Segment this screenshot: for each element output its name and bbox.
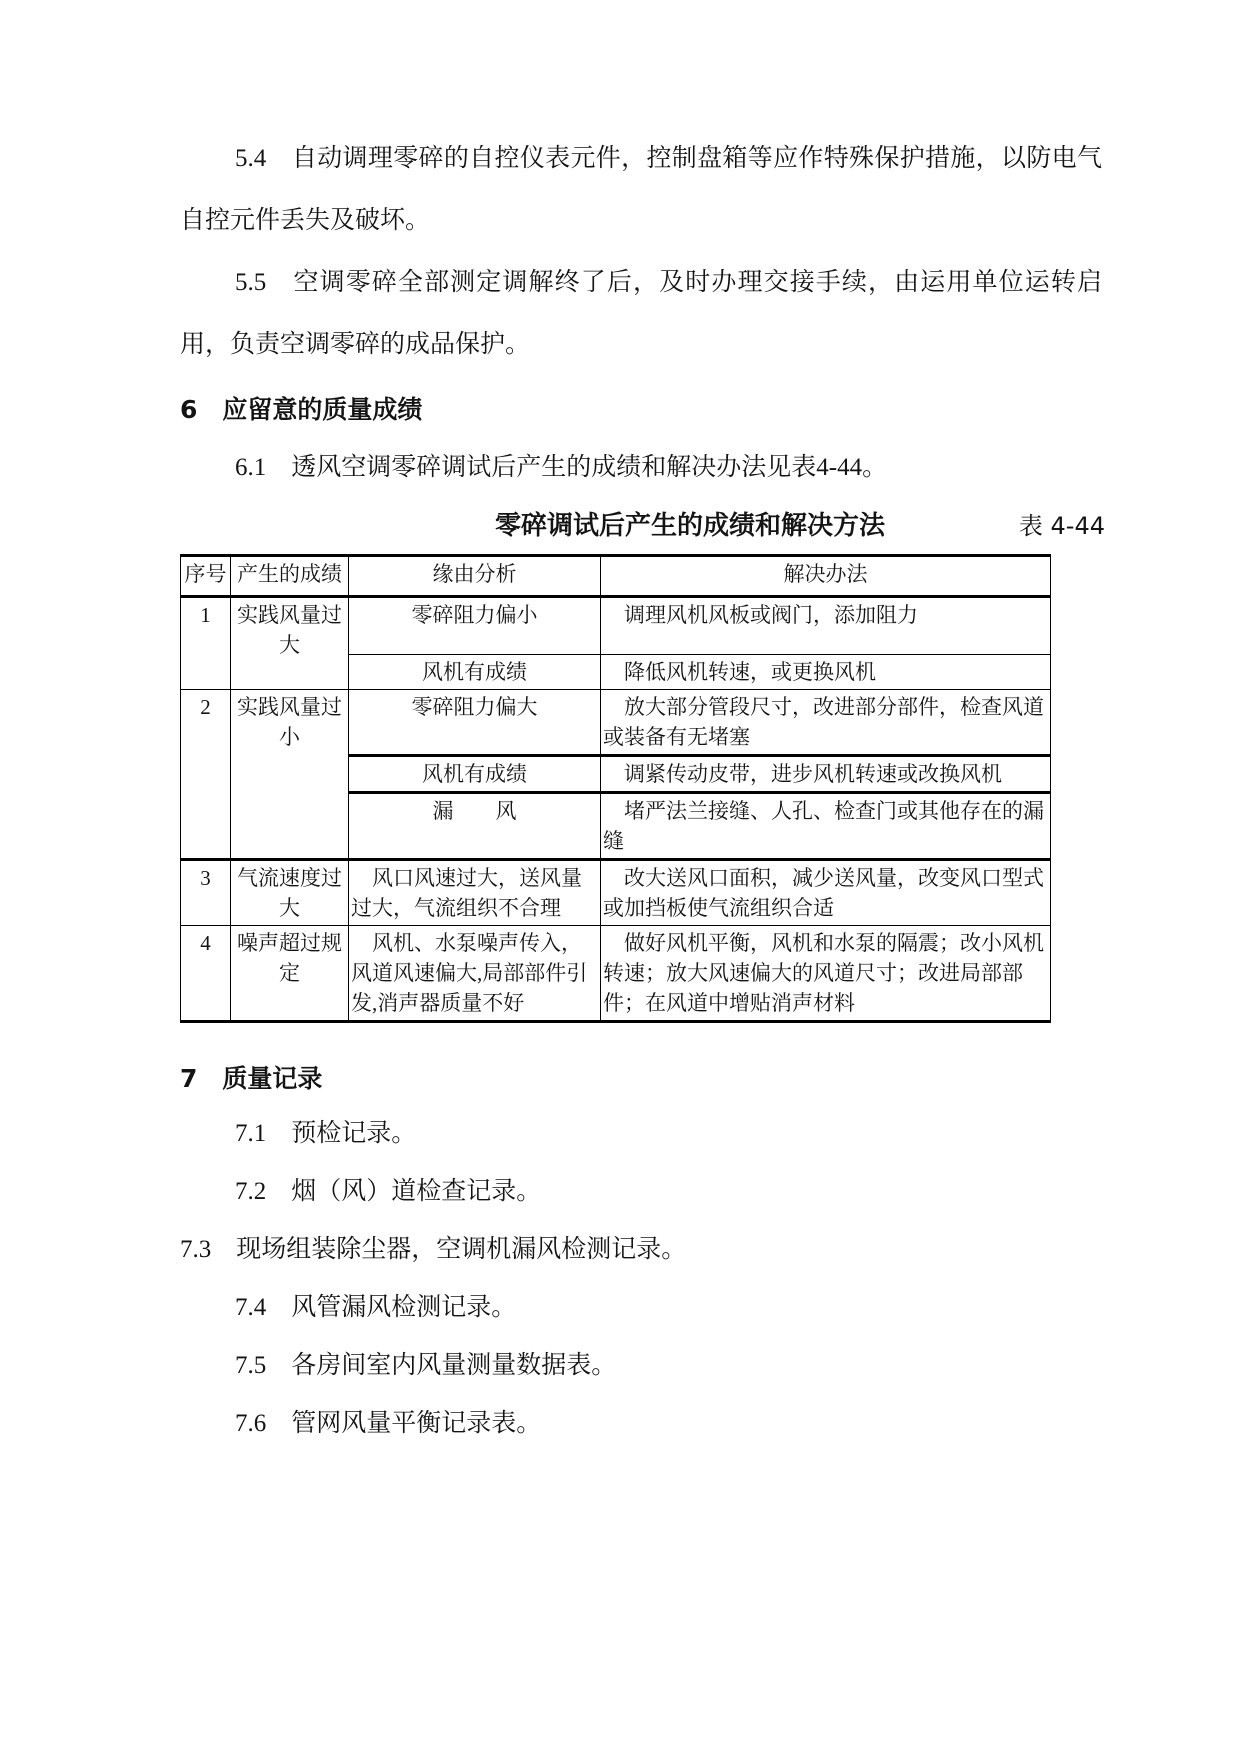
cell-solution: 做好风机平衡，风机和水泵的隔震；改小风机转速；放大风速偏大的风道尺寸；改进局部部… (601, 926, 1051, 1022)
cell-no: 1 (181, 597, 231, 690)
item-7-1: 7.1 预检记录。 (180, 1115, 1102, 1153)
cell-solution: 降低风机转速，或更换风机 (601, 655, 1051, 690)
section-heading-7: 7 质量记录 (180, 1059, 1101, 1099)
cell-problem: 噪声超过规定 (231, 926, 349, 1022)
table-row: 2 实践风量过小 零碎阻力偏大 放大部分管段尺寸，改进部分部件，检查风道或装备有… (181, 690, 1051, 756)
item-7-4: 7.4 风管漏风检测记录。 (180, 1289, 1102, 1327)
cell-no: 3 (181, 860, 231, 926)
table-row: 3 气流速度过大 风口风速过大，送风量过大，气流组织不合理 改大送风口面积，减少… (181, 860, 1051, 926)
table-caption-row: 零碎调试后产生的成绩和解决方法 表 4-44 (180, 508, 1050, 544)
cell-problem: 气流速度过大 (231, 860, 349, 926)
item-7-2: 7.2 烟（风）道检查记录。 (180, 1173, 1102, 1211)
table-caption: 零碎调试后产生的成绩和解决方法 (255, 508, 1125, 544)
header-cause: 缘由分析 (349, 556, 601, 597)
table-header-row: 序号 产生的成绩 缘由分析 解决办法 (181, 556, 1051, 597)
document-page: 5.4 自动调理零碎的自控仪表元件，控制盘箱等应作特殊保护措施，以防电气自控元件… (0, 0, 1241, 1754)
cell-no: 2 (181, 690, 231, 860)
cell-problem: 实践风量过大 (231, 597, 349, 690)
header-no: 序号 (181, 556, 231, 597)
cell-cause: 风机有成绩 (349, 756, 601, 793)
header-problem: 产生的成绩 (231, 556, 349, 597)
cell-cause: 零碎阻力偏大 (349, 690, 601, 756)
item-7-6: 7.6 管网风量平衡记录表。 (180, 1405, 1102, 1443)
item-7-5: 7.5 各房间室内风量测量数据表。 (180, 1347, 1102, 1385)
table-number-tag: 表 4-44 (1019, 510, 1105, 542)
cell-no: 4 (181, 926, 231, 1022)
cell-solution: 改大送风口面积，减少送风量，改变风口型式或加挡板使气流组织合适 (601, 860, 1051, 926)
cell-cause: 零碎阻力偏小 (349, 597, 601, 655)
cell-solution: 调紧传动皮带，进步风机转速或改换风机 (601, 756, 1051, 793)
section-heading-6: 6 应留意的质量成绩 (180, 390, 1101, 430)
cell-solution: 调理风机风板或阀门，添加阻力 (601, 597, 1051, 655)
paragraph-6-1: 6.1 透风空调零碎调试后产生的成绩和解决办法见表4-44。 (180, 448, 1102, 488)
paragraph-5-4: 5.4 自动调理零碎的自控仪表元件，控制盘箱等应作特殊保护措施，以防电气自控元件… (180, 128, 1102, 252)
cell-problem: 实践风量过小 (231, 690, 349, 860)
cell-cause: 风机、水泵噪声传入，风道风速偏大,局部部件引发,消声器质量不好 (349, 926, 601, 1022)
cell-solution: 堵严法兰接缝、人孔、检查门或其他存在的漏缝 (601, 793, 1051, 860)
results-table: 序号 产生的成绩 缘由分析 解决办法 1 实践风量过大 零碎阻力偏小 调理风机风… (180, 554, 1051, 1023)
table-row: 1 实践风量过大 零碎阻力偏小 调理风机风板或阀门，添加阻力 (181, 597, 1051, 655)
paragraph-5-5: 5.5 空调零碎全部测定调解终了后，及时办理交接手续，由运用单位运转启用，负责空… (180, 252, 1102, 376)
cell-cause: 风机有成绩 (349, 655, 601, 690)
cell-cause: 风口风速过大，送风量过大，气流组织不合理 (349, 860, 601, 926)
cell-solution: 放大部分管段尺寸，改进部分部件，检查风道或装备有无堵塞 (601, 690, 1051, 756)
cell-cause: 漏 风 (349, 793, 601, 860)
table-row: 4 噪声超过规定 风机、水泵噪声传入，风道风速偏大,局部部件引发,消声器质量不好… (181, 926, 1051, 1022)
item-7-3: 7.3 现场组装除尘器，空调机漏风检测记录。 (180, 1231, 1102, 1269)
header-solution: 解决办法 (601, 556, 1051, 597)
